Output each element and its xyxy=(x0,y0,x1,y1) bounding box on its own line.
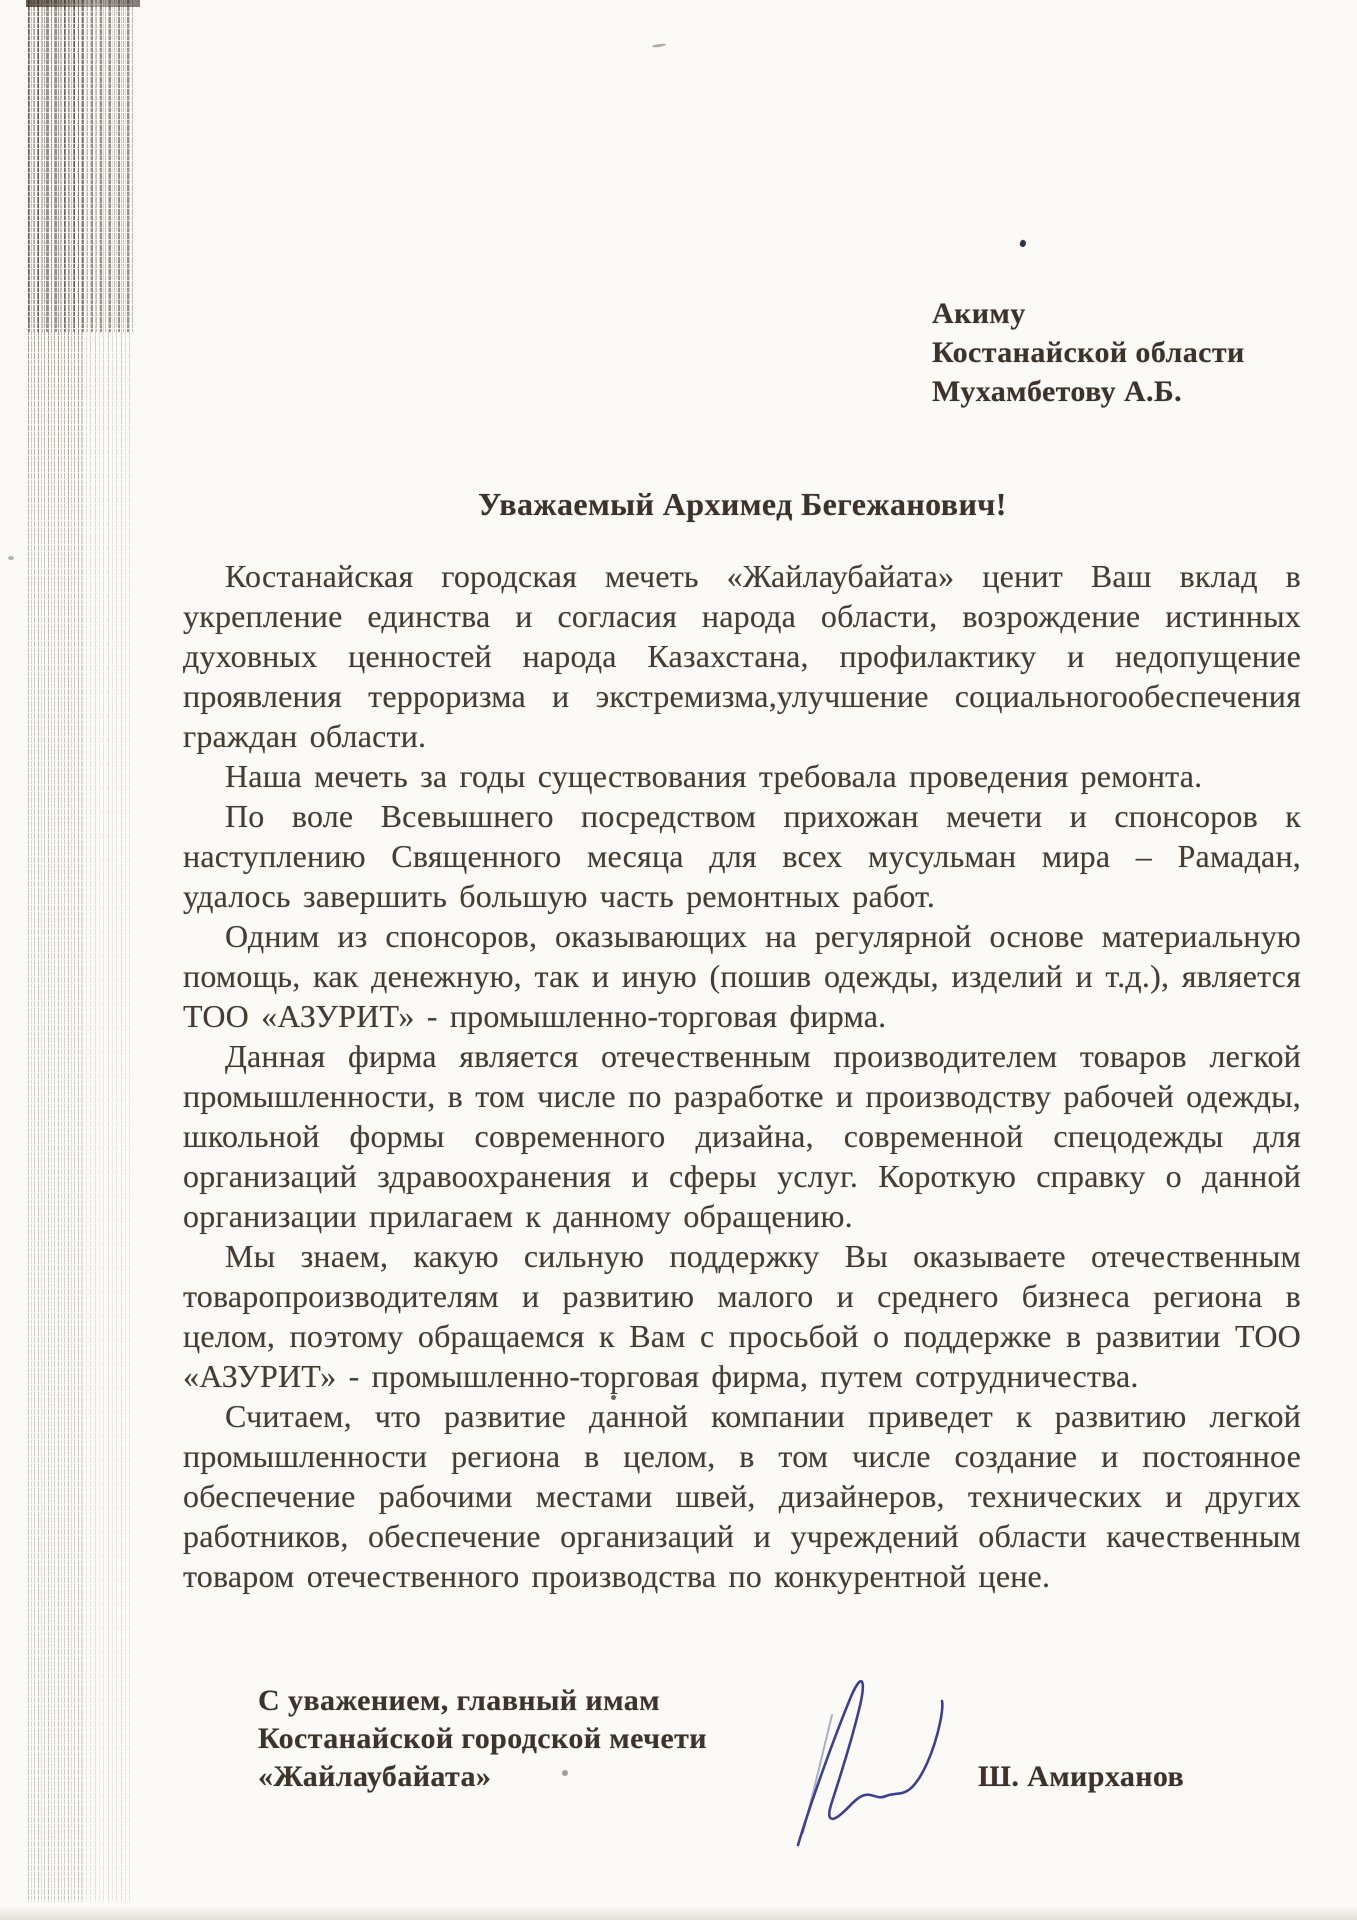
closing-line-respect: С уважением, главный имам xyxy=(258,1682,707,1720)
letter-body: Костанайская городская мечеть «Жайлаубай… xyxy=(183,556,1301,1596)
scan-speck xyxy=(8,556,14,560)
scan-mark-top-left xyxy=(26,0,140,7)
scan-shadow-bottom xyxy=(0,1906,1357,1920)
paragraph-7: Считаем, что развитие данной компании пр… xyxy=(183,1396,1301,1596)
scan-speck xyxy=(652,43,666,48)
salutation: Уважаемый Архимед Бегежанович! xyxy=(478,486,1007,523)
scan-streaks-fade xyxy=(26,0,136,1902)
paragraph-5: Данная фирма является отечественным прои… xyxy=(183,1036,1301,1236)
letter-page: Акиму Костанайской области Мухамбетову А… xyxy=(0,0,1357,1920)
paragraph-6: Мы знаем, какую сильную поддержку Вы ока… xyxy=(183,1236,1301,1396)
recipient-line-region: Костанайской области xyxy=(932,333,1245,372)
paragraph-4: Одним из спонсоров, оказывающих на регул… xyxy=(183,916,1301,1036)
paragraph-3: По воле Всевышнего посредством прихожан … xyxy=(183,796,1301,916)
signature-ink xyxy=(770,1663,970,1853)
scan-speck xyxy=(1019,239,1027,248)
recipient-line-title: Акиму xyxy=(932,294,1245,333)
paragraph-2: Наша мечеть за годы существования требов… xyxy=(183,756,1301,796)
signer-name: Ш. Амирханов xyxy=(978,1760,1184,1794)
closing-block: С уважением, главный имам Костанайской г… xyxy=(258,1682,707,1796)
recipient-line-name: Мухамбетову А.Б. xyxy=(932,372,1245,411)
paragraph-1: Костанайская городская мечеть «Жайлаубай… xyxy=(183,556,1301,756)
recipient-block: Акиму Костанайской области Мухамбетову А… xyxy=(932,294,1245,411)
closing-line-mosque: Костанайской городской мечети xyxy=(258,1720,707,1758)
closing-line-mosque-name: «Жайлаубайата» xyxy=(258,1758,707,1796)
